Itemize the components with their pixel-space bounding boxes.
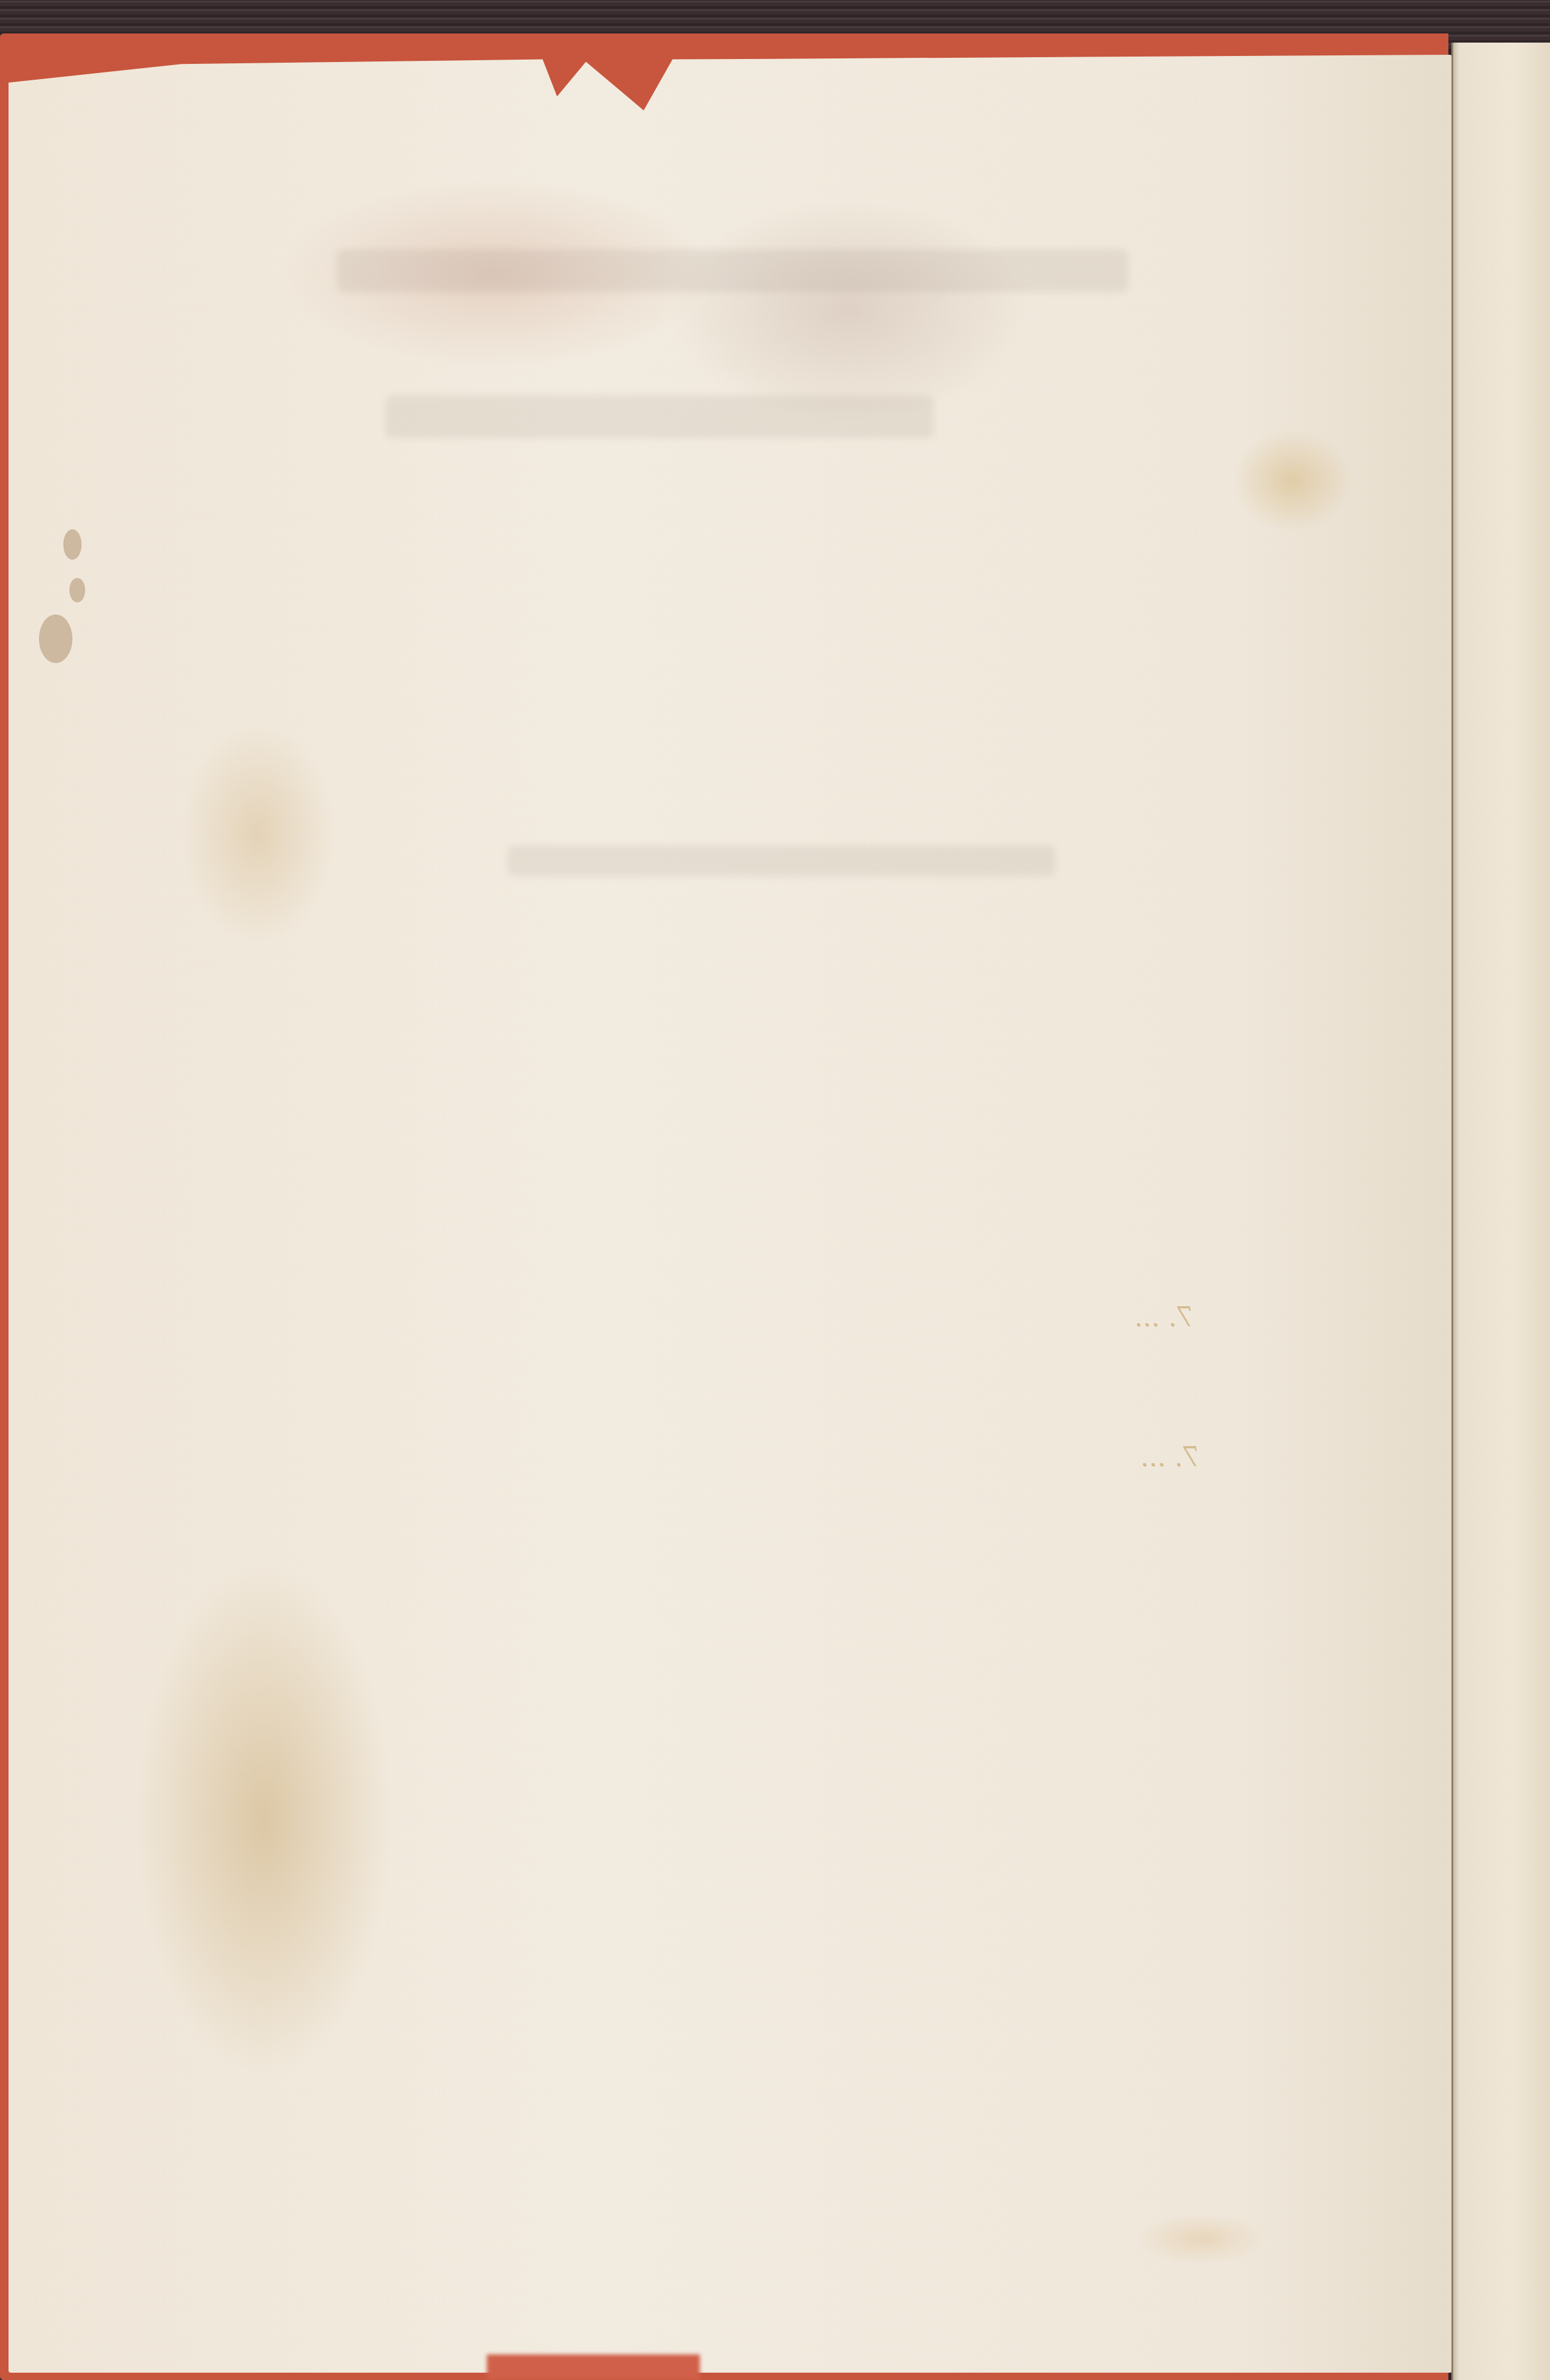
worm-hole-3 [39,614,72,663]
book-page: 7. ... 7. ... [9,55,1452,2373]
bleed-mark-1: 7. ... [1134,1302,1194,1333]
bleed-mark-2: 7. ... [1140,1442,1200,1473]
red-page-edge [487,2354,700,2380]
worm-hole-2 [69,578,85,602]
bleed-through-line-1 [337,249,1128,292]
page-content: 7. ... 7. ... [9,55,1452,2373]
worm-hole-1 [63,529,82,560]
facing-page-gutter [1451,43,1550,2380]
bleed-through-line-3 [508,846,1055,876]
bleed-through-line-2 [386,395,934,438]
